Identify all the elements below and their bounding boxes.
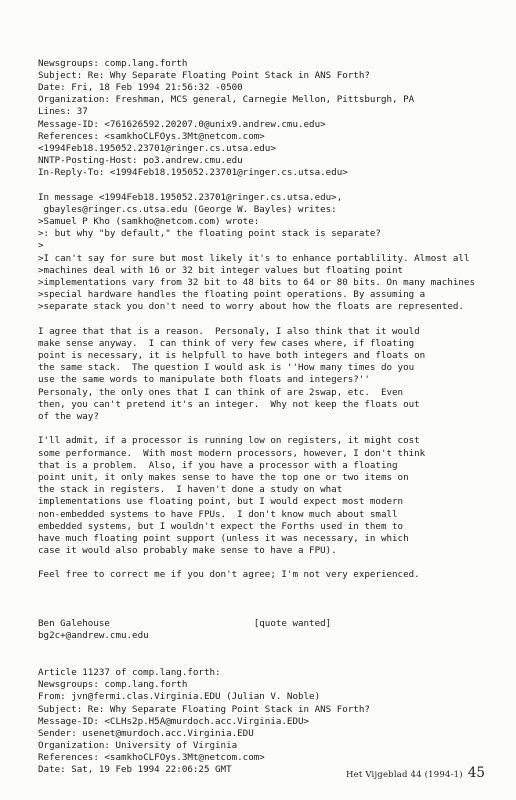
text-line: References: <samkhoCLFOys.3Mt@netcom.com… [38,131,475,143]
text-line: Message-ID: <761626592.20207.0@unix9.and… [38,119,475,131]
text-line: make sense anyway. I can think of very f… [38,338,475,350]
blank-line [38,179,475,191]
article-2-header: Article 11237 of comp.lang.forth:Newsgro… [38,667,475,777]
text-line: then, you can't pretend it's an integer.… [38,399,475,411]
blank-line [38,423,475,435]
text-line: implementations use floating point, but … [38,496,475,508]
text-line: Lines: 37 [38,106,475,118]
text-line: Newsgroups: comp.lang.forth [38,58,475,70]
text-line: >I can't say for sure but most likely it… [38,253,475,265]
page-text: Newsgroups: comp.lang.forthSubject: Re: … [38,21,475,777]
text-line: gbayles@ringer.cs.utsa.edu (George W. Ba… [38,204,475,216]
signature: Ben Galehouse [quote wanted]bg2c+@andrew… [38,618,475,642]
text-line: embedded systems, but I wouldn't expect … [38,521,475,533]
quoted-message: In message <1994Feb18.195052.23701@ringe… [38,192,475,314]
text-line: use the same words to manipulate both fl… [38,374,475,386]
text-line: Sender: usenet@murdoch.acc.Virginia.EDU [38,728,475,740]
text-line: References: <samkhoCLFOys.3Mt@netcom.com… [38,752,475,764]
text-line: In message <1994Feb18.195052.23701@ringe… [38,192,475,204]
blank-line [38,314,475,326]
scanned-page: Newsgroups: comp.lang.forthSubject: Re: … [0,0,516,800]
text-line: Message-ID: <CLHs2p.H5A@murdoch.acc.Virg… [38,716,475,728]
text-line: Subject: Re: Why Separate Floating Point… [38,704,475,716]
text-line: of the way? [38,411,475,423]
text-line: In-Reply-To: <1994Feb18.195052.23701@rin… [38,167,475,179]
text-line: > [38,240,475,252]
text-line: >machines deal with 16 or 32 bit integer… [38,265,475,277]
text-line: >separate stack you don't need to worry … [38,301,475,313]
page-number: 45 [468,765,485,781]
text-line: <1994Feb18.195052.23701@ringer.cs.utsa.e… [38,143,475,155]
blank-line [38,557,475,569]
text-line: have much floating point support (unless… [38,533,475,545]
text-line: Newsgroups: comp.lang.forth [38,679,475,691]
text-line: some performance. With most modern proce… [38,448,475,460]
page-footer: Het Vijgeblad 44 (1994-1) 45 [346,765,485,781]
text-line: Subject: Re: Why Separate Floating Point… [38,70,475,82]
text-line: I agree that that is a reason. Personaly… [38,326,475,338]
text-line: NNTP-Posting-Host: po3.andrew.cmu.edu [38,155,475,167]
text-line: the same stack. The question I would ask… [38,362,475,374]
text-line: I'll admit, if a processor is running lo… [38,435,475,447]
blank-line [38,606,475,618]
text-line: >special hardware handles the floating p… [38,289,475,301]
text-line: the stack in registers. I haven't done a… [38,484,475,496]
text-line: >implementations vary from 32 bit to 48 … [38,277,475,289]
text-line: Feel free to correct me if you don't agr… [38,569,475,581]
blank-line [38,594,475,606]
text-line: bg2c+@andrew.cmu.edu [38,630,475,642]
closing-remark: Feel free to correct me if you don't agr… [38,569,475,581]
text-line: Personaly, the only ones that I can thin… [38,387,475,399]
text-line: >: but why "by default," the floating po… [38,228,475,240]
blank-line [38,655,475,667]
text-line: Date: Fri, 18 Feb 1994 21:56:32 -0500 [38,82,475,94]
text-line: that is a problem. Also, if you have a p… [38,460,475,472]
text-line: point is necessary, it is helpfull to ha… [38,350,475,362]
text-line: Organization: University of Virginia [38,740,475,752]
body-paragraph-2: I'll admit, if a processor is running lo… [38,435,475,557]
journal-title: Het Vijgeblad 44 (1994-1) [346,770,463,780]
text-line: non-embedded systems to have FPUs. I don… [38,509,475,521]
text-line: case it would also probably make sense t… [38,545,475,557]
body-paragraph-1: I agree that that is a reason. Personaly… [38,326,475,424]
text-line: point unit, it only makes sense to have … [38,472,475,484]
blank-line [38,643,475,655]
article-1-header: Newsgroups: comp.lang.forthSubject: Re: … [38,58,475,180]
text-line: From: jvn@fermi.clas.Virginia.EDU (Julia… [38,691,475,703]
blank-line [38,582,475,594]
text-line: Organization: Freshman, MCS general, Car… [38,94,475,106]
text-line: >Samuel P Kho (samkho@netcom.com) wrote: [38,216,475,228]
text-line: Ben Galehouse [quote wanted] [38,618,475,630]
text-line: Article 11237 of comp.lang.forth: [38,667,475,679]
